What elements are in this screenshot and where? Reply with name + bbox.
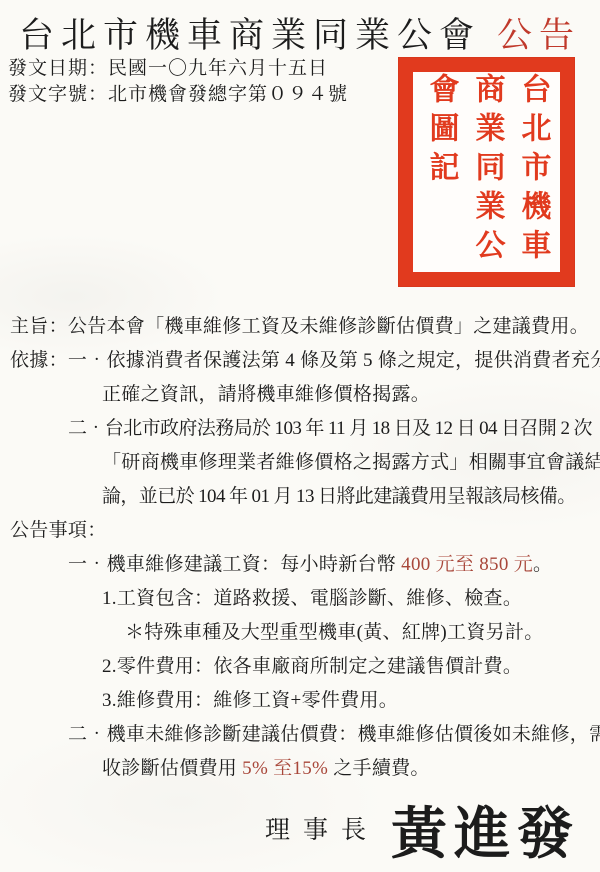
item-1-rate-value: 400 元至 850 元: [401, 554, 533, 575]
basis-item-1-cont-text: 正確之資訊，請將機車維修價格揭露。: [102, 384, 430, 405]
basis-item-2: 二‧台北市政府法務局於 103 年 11 月 18 日及 12 日 04 日召開…: [10, 412, 600, 446]
item-1-suffix: 。: [533, 554, 552, 575]
signature-name: 黃進發: [391, 790, 580, 870]
basis-item-2-cont-2-text: 論，並已於 104 年 01 月 13 日將此建議費用呈報該局核備。: [102, 486, 576, 507]
item-1-sub-1: 1.工資包含：道路救援、電腦診斷、維修、檢查。: [10, 582, 600, 616]
official-seal: 台北市機車商業同業公會圖記: [398, 57, 575, 287]
item-1-note: ＊特殊車種及大型重型機車(黃、紅牌)工資另計。: [10, 616, 600, 650]
basis-item-1: 依據：一‧依據消費者保護法第 4 條及第 5 條之規定，提供消費者充分與: [10, 344, 600, 378]
announcement-document: 台北市機車商業同業公會公告 發文日期：民國一〇九年六月十五日 發文字號：北市機會…: [0, 0, 600, 872]
document-meta: 發文日期：民國一〇九年六月十五日 發文字號：北市機會發總字第０９４號: [8, 56, 348, 108]
basis-item-2-cont-1: 「研商機車修理業者維修價格之揭露方式」相關事宜會議結: [10, 446, 600, 480]
item-1-sub-1-text: 1.工資包含：道路救援、電腦診斷、維修、檢查。: [102, 588, 522, 609]
item-1-prefix: 一‧機車維修建議工資：每小時新台幣: [68, 554, 401, 575]
document-title: 台北市機車商業同業公會公告: [0, 8, 600, 58]
item-2-cont-prefix: 收診斷估價費用: [102, 758, 242, 779]
issue-number-line: 發文字號：北市機會發總字第０９４號: [8, 82, 348, 108]
item-2-estimate-fee: 二‧機車未維修診斷建議估價費：機車維修估價後如未維修，需酌: [10, 718, 600, 752]
seal-inscription: 台北市機車商業同業公會圖記: [418, 73, 556, 271]
item-2-cont-suffix: 之手續費。: [328, 758, 430, 779]
basis-item-2-text: 二‧台北市政府法務局於 103 年 11 月 18 日及 12 日 04 日召開…: [68, 418, 592, 439]
subject-line: 主旨：公告本會「機車維修工資及未維修診斷估價費」之建議費用。: [10, 310, 600, 344]
seal-inner-panel: 台北市機車商業同業公會圖記: [413, 72, 560, 272]
basis-item-2-cont-1-text: 「研商機車修理業者維修價格之揭露方式」相關事宜會議結: [102, 452, 600, 473]
body-text: 主旨：公告本會「機車維修工資及未維修診斷估價費」之建議費用。 依據：一‧依據消費…: [10, 310, 600, 786]
announcement-label: 公告: [497, 16, 581, 55]
basis-item-2-cont-2: 論，並已於 104 年 01 月 13 日將此建議費用呈報該局核備。: [10, 480, 600, 514]
item-1-sub-3-text: 3.維修費用：維修工資+零件費用。: [102, 690, 398, 711]
basis-item-1-text: 依據：一‧依據消費者保護法第 4 條及第 5 條之規定，提供消費者充分與: [10, 350, 600, 371]
item-1-note-text: ＊特殊車種及大型重型機車(黃、紅牌)工資另計。: [125, 622, 544, 643]
items-heading-text: 公告事項：: [10, 520, 107, 541]
item-2-fee-value: 5% 至15%: [242, 758, 328, 779]
association-name: 台北市機車商業同業公會: [19, 16, 481, 55]
items-heading: 公告事項：: [10, 514, 600, 548]
item-1-sub-2-text: 2.零件費用：依各車廠商所制定之建議售價計費。: [102, 656, 522, 677]
signature-block: 理事長 黃進發: [265, 790, 580, 870]
basis-item-1-cont: 正確之資訊，請將機車維修價格揭露。: [10, 378, 600, 412]
subject-text: 主旨：公告本會「機車維修工資及未維修診斷估價費」之建議費用。: [10, 316, 589, 337]
item-2-text: 二‧機車未維修診斷建議估價費：機車維修估價後如未維修，需酌: [68, 724, 600, 745]
item-1-sub-2: 2.零件費用：依各車廠商所制定之建議售價計費。: [10, 650, 600, 684]
signature-role: 理事長: [265, 810, 379, 846]
issue-date-line: 發文日期：民國一〇九年六月十五日: [8, 56, 348, 82]
item-1-labor-rate: 一‧機車維修建議工資：每小時新台幣 400 元至 850 元。: [10, 548, 600, 582]
item-2-cont: 收診斷估價費用 5% 至15% 之手續費。: [10, 752, 600, 786]
item-1-sub-3: 3.維修費用：維修工資+零件費用。: [10, 684, 600, 718]
